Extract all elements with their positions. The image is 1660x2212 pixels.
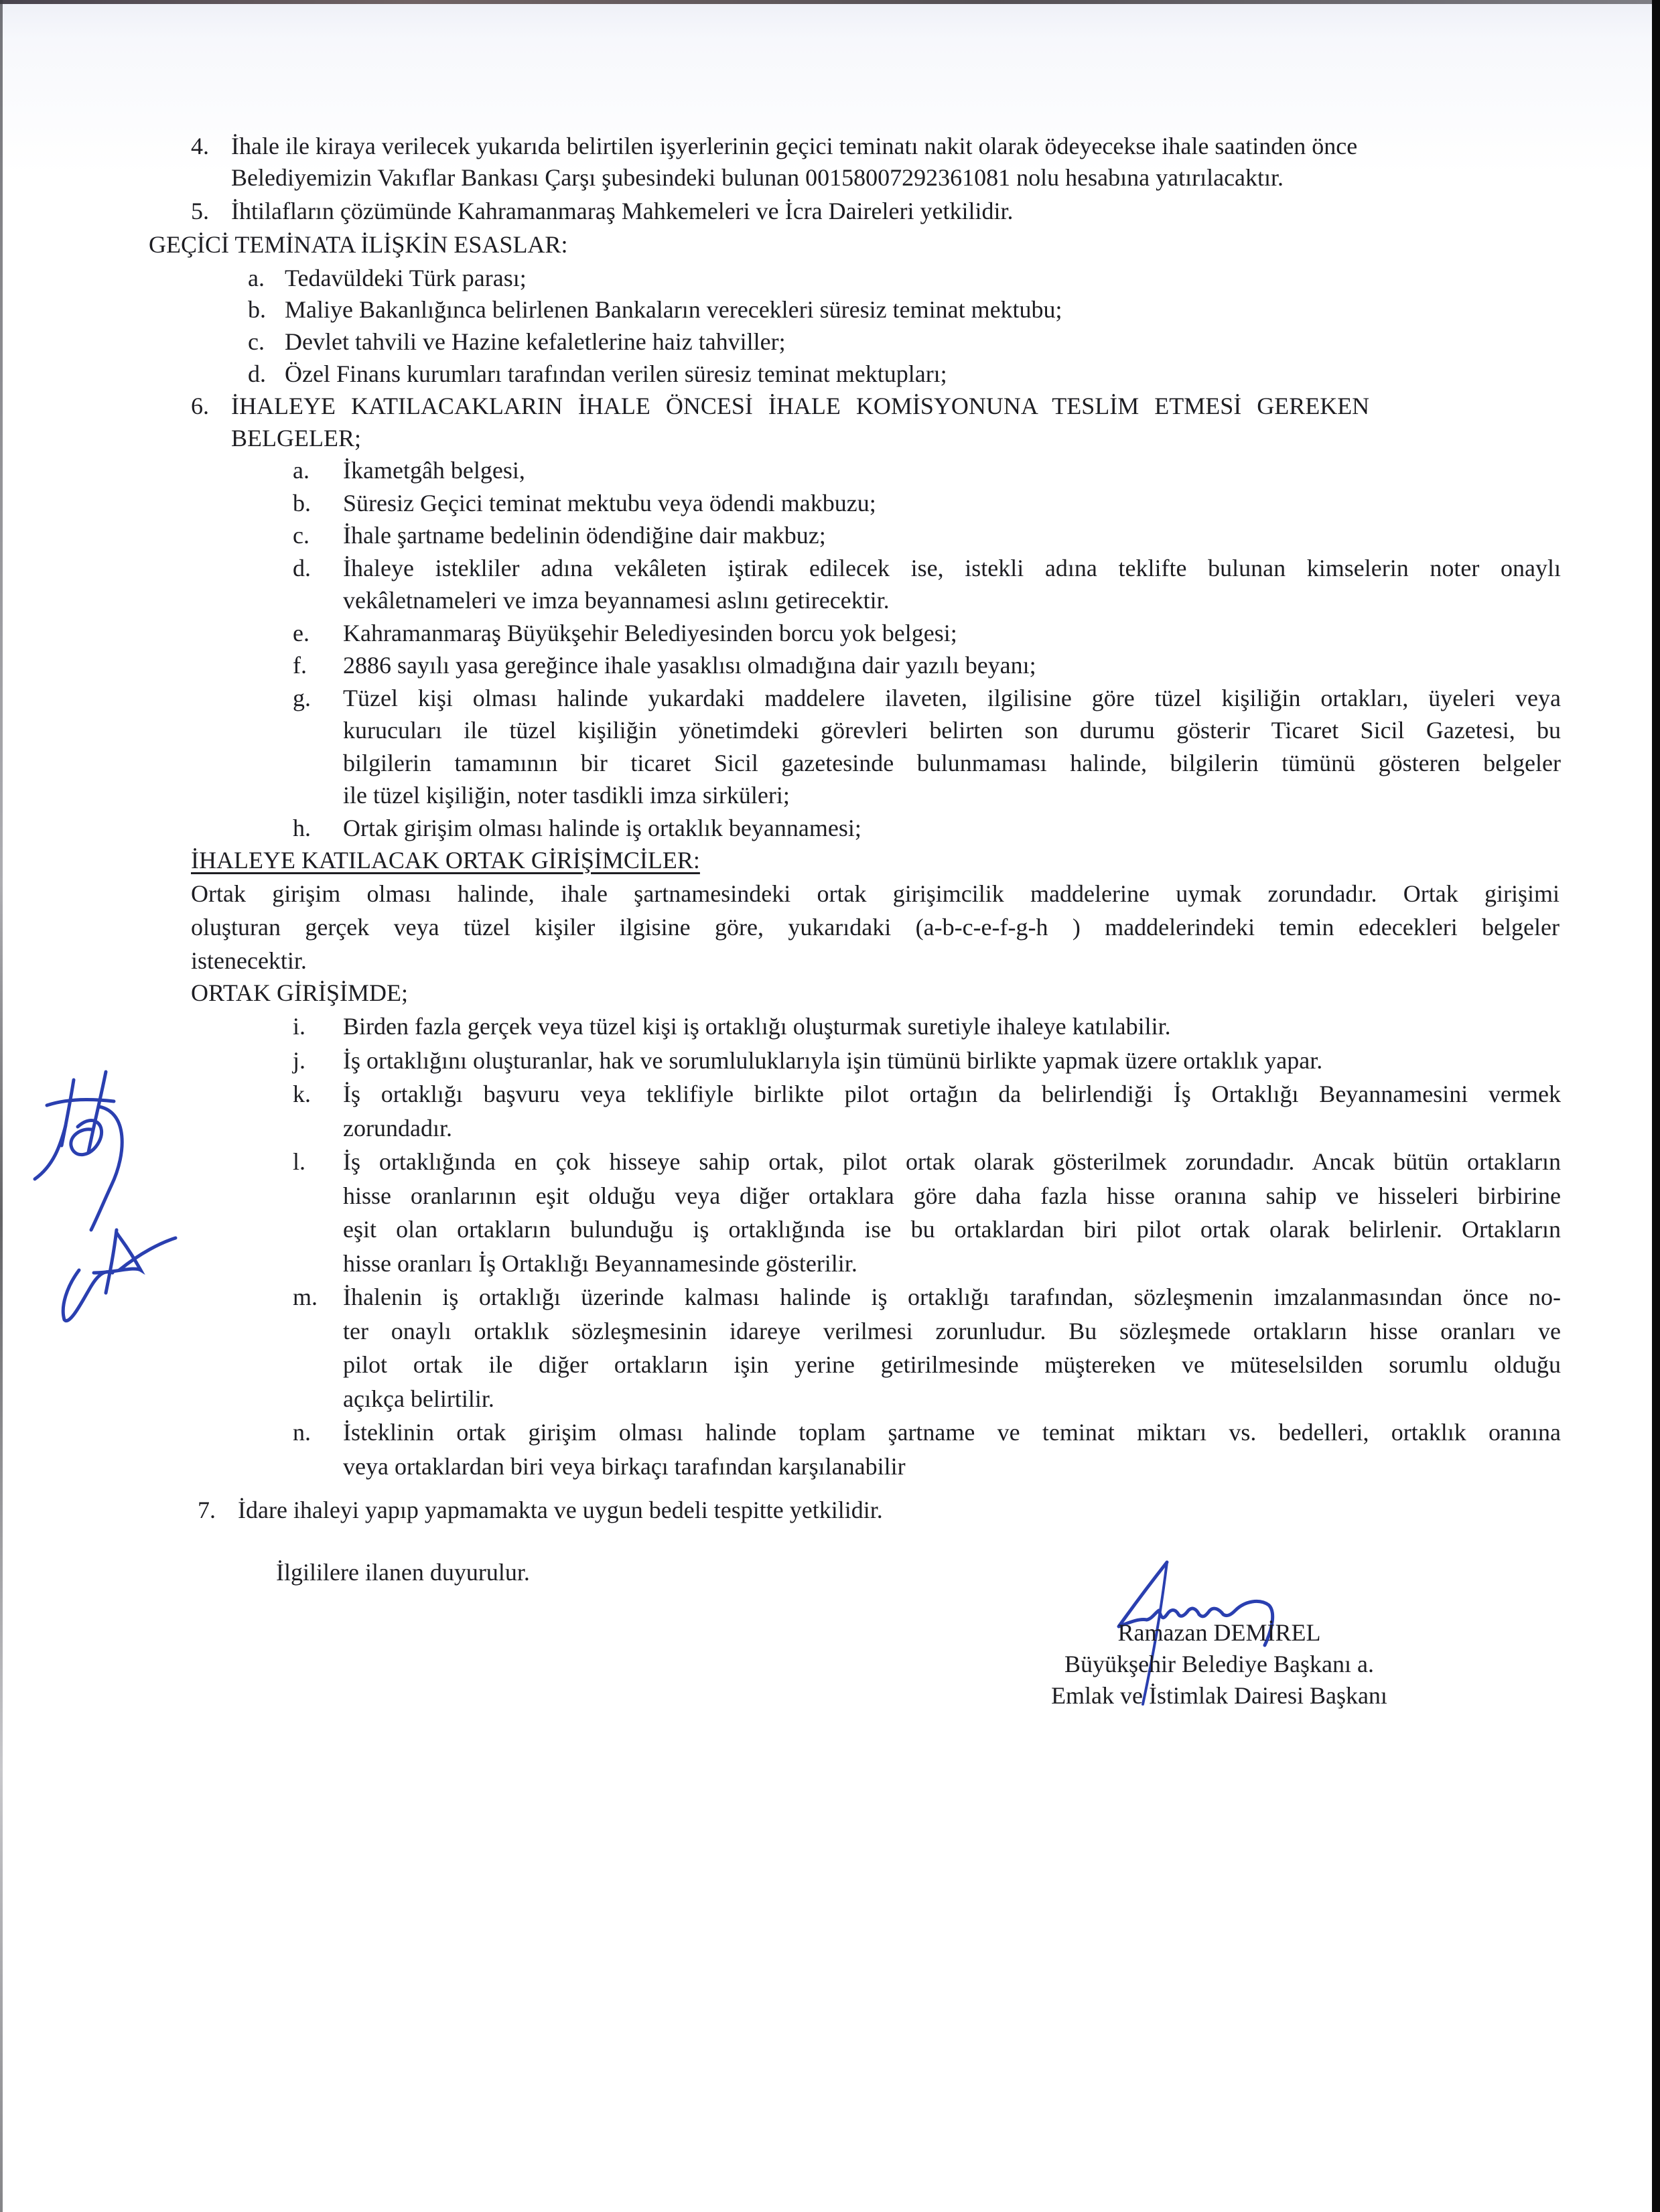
guarantee-item-d-text: Özel Finans kurumları tarafından verilen… bbox=[285, 359, 947, 389]
joint-venture-paragraph-line-3: istenecektir. bbox=[191, 946, 307, 975]
signatory-title-2: Emlak ve İstimlak Dairesi Başkanı bbox=[985, 1681, 1454, 1710]
scan-right-edge bbox=[1652, 0, 1660, 2212]
required-document-item-text-line: ile tüzel kişiliğin, noter tasdikli imza… bbox=[343, 780, 790, 810]
scan-left-edge bbox=[0, 0, 3, 2212]
joint-venture-rule-item-text-line: ter onaylı ortaklık sözleşmesinin idarey… bbox=[343, 1316, 1561, 1346]
joint-venture-rule-item-letter: n. bbox=[293, 1418, 311, 1447]
joint-venture-rule-item-text-line: hisse oranları İş Ortaklığı Beyannamesin… bbox=[343, 1249, 857, 1278]
joint-venture-paragraph-line-2: oluşturan gerçek veya tüzel kişiler ilgi… bbox=[191, 912, 1560, 942]
required-document-item-text-line: İhaleye istekliler adına vekâleten iştir… bbox=[343, 553, 1561, 583]
required-document-item-letter: h. bbox=[293, 813, 311, 843]
joint-venture-rule-item-text-line: Birden fazla gerçek veya tüzel kişi iş o… bbox=[343, 1012, 1171, 1041]
margin-initials bbox=[27, 1072, 188, 1340]
required-document-item-text-line: Ortak girişim olması halinde iş ortaklık… bbox=[343, 813, 861, 843]
closing-statement: İlgililere ilanen duyurulur. bbox=[276, 1558, 530, 1587]
joint-venture-rule-item-letter: j. bbox=[293, 1046, 305, 1075]
required-document-item-text-line: Kahramanmaraş Büyükşehir Belediyesinden … bbox=[343, 618, 957, 648]
required-document-item-letter: e. bbox=[293, 618, 309, 648]
required-document-item-text-line: İkametgâh belgesi, bbox=[343, 456, 525, 485]
guarantee-item-c-letter: c. bbox=[248, 327, 265, 356]
required-document-item-letter: c. bbox=[293, 521, 309, 550]
item-5-text: İhtilafların çözümünde Kahramanmaraş Mah… bbox=[231, 196, 1014, 226]
guarantee-item-c-text: Devlet tahvili ve Hazine kefaletlerine h… bbox=[285, 327, 786, 356]
joint-venture-paragraph-line-1: Ortak girişim olması halinde, ihale şart… bbox=[191, 879, 1560, 908]
joint-venture-rule-item-letter: m. bbox=[293, 1282, 318, 1312]
item-7-text: İdare ihaleyi yapıp yapmamakta ve uygun … bbox=[238, 1495, 883, 1525]
joint-venture-rule-item-text-line: İş ortaklığı başvuru veya teklifiyle bir… bbox=[343, 1079, 1561, 1109]
joint-venture-rule-item-text-line: İhalenin iş ortaklığı üzerinde kalması h… bbox=[343, 1282, 1561, 1312]
guarantee-item-b-letter: b. bbox=[248, 295, 266, 324]
joint-venture-rule-item-text-line: açıkça belirtilir. bbox=[343, 1384, 494, 1413]
item-4-line-1: İhale ile kiraya verilecek yukarıda beli… bbox=[231, 131, 1561, 161]
signatory-title-1: Büyükşehir Belediye Başkanı a. bbox=[985, 1649, 1454, 1679]
joint-venture-rule-item-letter: l. bbox=[293, 1147, 305, 1176]
required-document-item-text-line: İhale şartname bedelinin ödendiğine dair… bbox=[343, 521, 826, 550]
joint-venture-rule-item-letter: i. bbox=[293, 1012, 305, 1041]
required-document-item-letter: f. bbox=[293, 650, 307, 680]
joint-venture-subheading: ORTAK GİRİŞİMDE; bbox=[191, 978, 408, 1008]
required-document-item-letter: a. bbox=[293, 456, 309, 485]
guarantee-item-a-text: Tedavüldeki Türk parası; bbox=[285, 263, 527, 293]
guarantee-item-d-letter: d. bbox=[248, 359, 266, 389]
joint-venture-heading: İHALEYE KATILACAK ORTAK GİRİŞİMCİLER: bbox=[191, 845, 700, 875]
guarantee-item-b-text: Maliye Bakanlığınca belirlenen Bankaları… bbox=[285, 295, 1062, 324]
required-document-item-letter: d. bbox=[293, 553, 311, 583]
joint-venture-rule-item-letter: k. bbox=[293, 1079, 311, 1109]
scan-top-edge bbox=[0, 0, 1660, 4]
joint-venture-rule-item-text-line: İş ortaklığında en çok hisseye sahip ort… bbox=[343, 1147, 1561, 1176]
item-6-heading-line-2: BELGELER; bbox=[231, 423, 361, 453]
guarantee-item-a-letter: a. bbox=[248, 263, 265, 293]
required-document-item-text-line: Süresiz Geçici teminat mektubu veya öden… bbox=[343, 488, 876, 518]
required-document-item-text-line: kurucuları ile tüzel kişiliğin yönetimde… bbox=[343, 715, 1561, 745]
joint-venture-rule-item-text-line: pilot ortak ile diğer ortakların işin ye… bbox=[343, 1350, 1561, 1379]
item-6-heading-line-1: İHALEYE KATILACAKLARIN İHALE ÖNCESİ İHAL… bbox=[231, 391, 1369, 421]
required-document-item-text-line: Tüzel kişi olması halinde yukardaki madd… bbox=[343, 683, 1561, 713]
item-5-number: 5. bbox=[191, 196, 209, 226]
required-document-item-text-line: vekâletnameleri ve imza beyannamesi aslı… bbox=[343, 585, 890, 615]
item-7-number: 7. bbox=[198, 1495, 216, 1525]
signatory-name: Ramazan DEMİREL bbox=[985, 1618, 1454, 1647]
joint-venture-rule-item-text-line: hisse oranlarının eşit olduğu veya diğer… bbox=[343, 1181, 1561, 1211]
required-document-item-letter: g. bbox=[293, 683, 311, 713]
required-document-item-text-line: bilgilerin tamamının bir ticaret Sicil g… bbox=[343, 748, 1561, 778]
required-document-item-text-line: 2886 sayılı yasa gereğince ihale yasaklı… bbox=[343, 650, 1036, 680]
item-4-line-2: Belediyemizin Vakıflar Bankası Çarşı şub… bbox=[231, 163, 1284, 192]
joint-venture-rule-item-text-line: İş ortaklığını oluşturanlar, hak ve soru… bbox=[343, 1046, 1322, 1075]
item-4-number: 4. bbox=[191, 131, 209, 161]
joint-venture-rule-item-text-line: veya ortaklardan biri veya birkaçı taraf… bbox=[343, 1452, 906, 1481]
item-6-number: 6. bbox=[191, 391, 209, 421]
joint-venture-rule-item-text-line: İsteklinin ortak girişim olması halinde … bbox=[343, 1418, 1561, 1447]
guarantee-heading: GEÇİCİ TEMİNATA İLİŞKİN ESASLAR: bbox=[149, 230, 567, 259]
joint-venture-rule-item-text-line: eşit olan ortakların bulunduğu iş ortakl… bbox=[343, 1215, 1561, 1244]
required-document-item-letter: b. bbox=[293, 488, 311, 518]
joint-venture-rule-item-text-line: zorundadır. bbox=[343, 1113, 452, 1143]
scanned-document-page: 4. İhale ile kiraya verilecek yukarıda b… bbox=[0, 0, 1660, 2212]
